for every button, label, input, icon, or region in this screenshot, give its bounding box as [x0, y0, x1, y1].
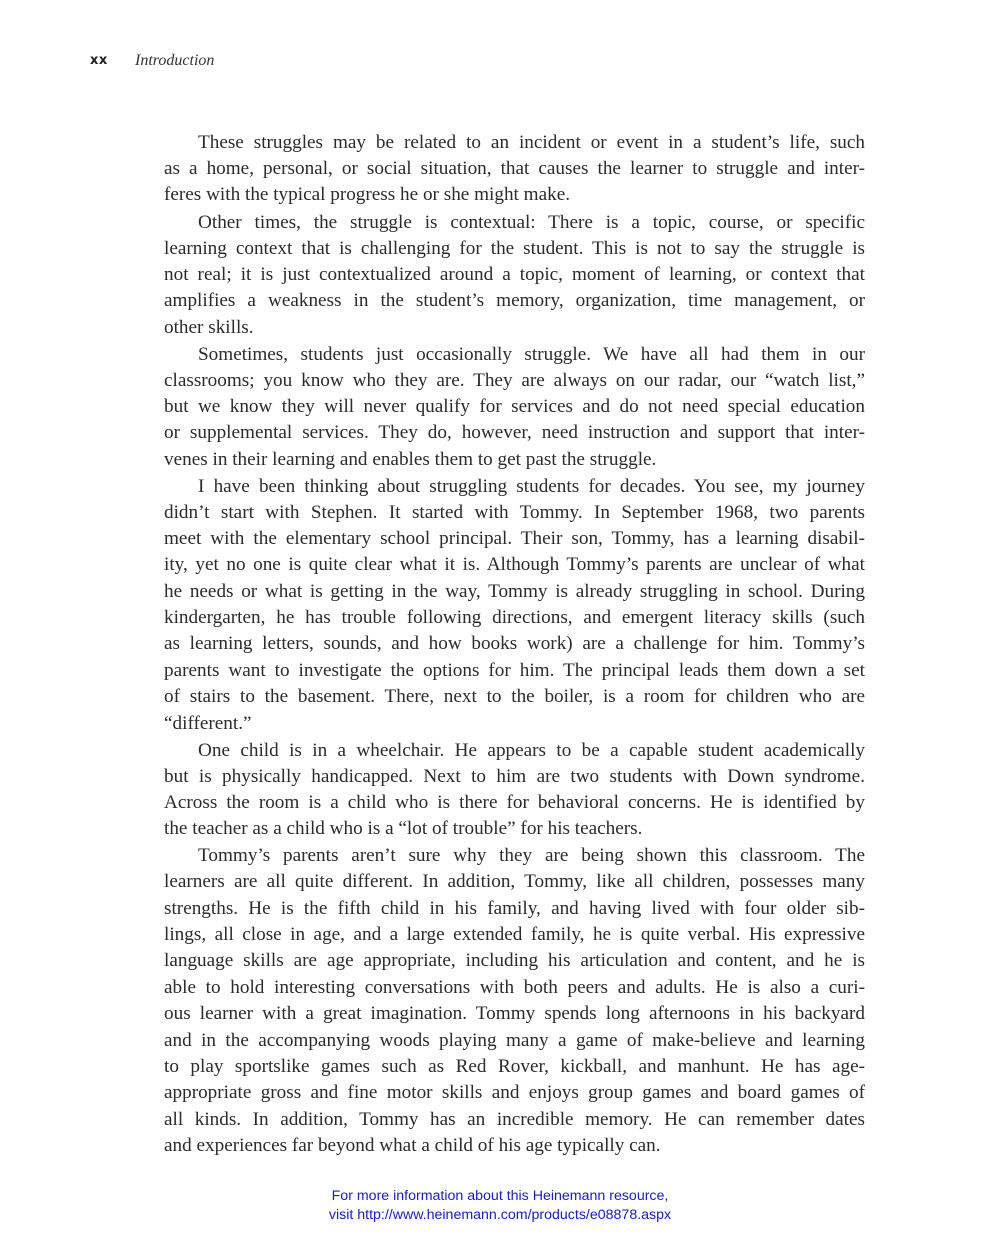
text-line: of stairs to the basement. There, next t…: [164, 684, 865, 710]
text-line: other skills.: [164, 315, 865, 341]
text-line: appropriate gross and fine motor skills …: [164, 1080, 865, 1106]
text-line: kindergarten, he has trouble following d…: [164, 605, 865, 631]
text-line: as learning letters, sounds, and how boo…: [164, 631, 865, 657]
section-title: Introduction: [135, 52, 214, 70]
text-line: One child is in a wheelchair. He appears…: [198, 738, 865, 764]
text-line: “different.”: [164, 711, 865, 737]
resource-footer-note: For more information about this Heineman…: [0, 1187, 1000, 1225]
text-line: Across the room is a child who is there …: [164, 790, 865, 816]
text-line: lings, all close in age, and a large ext…: [164, 922, 865, 948]
text-line: didn’t start with Stephen. It started wi…: [164, 500, 865, 526]
book-page: xx Introduction These struggles may be r…: [0, 0, 1000, 1255]
footer-line-info: For more information about this Heineman…: [0, 1187, 1000, 1206]
text-line: amplifies a weakness in the student’s me…: [164, 288, 865, 314]
footer-line-url[interactable]: visit http://www.heinemann.com/products/…: [0, 1206, 1000, 1225]
text-line: I have been thinking about struggling st…: [198, 474, 865, 500]
text-line: or supplemental services. They do, howev…: [164, 420, 865, 446]
text-line: and in the accompanying woods playing ma…: [164, 1028, 865, 1054]
text-line: meet with the elementary school principa…: [164, 526, 865, 552]
text-line: ity, yet no one is quite clear what it i…: [164, 552, 865, 578]
text-line: feres with the typical progress he or sh…: [164, 182, 865, 208]
text-line: he needs or what is getting in the way, …: [164, 579, 865, 605]
text-line: These struggles may be related to an inc…: [198, 130, 865, 156]
text-line: able to hold interesting conversations w…: [164, 975, 865, 1001]
text-line: parents want to investigate the options …: [164, 658, 865, 684]
page-number: xx: [90, 53, 108, 68]
text-line: Other times, the struggle is contextual:…: [198, 210, 865, 236]
text-line: classrooms; you know who they are. They …: [164, 368, 865, 394]
text-line: all kinds. In addition, Tommy has an inc…: [164, 1107, 865, 1133]
text-line: Tommy’s parents aren’t sure why they are…: [198, 843, 865, 869]
text-line: the teacher as a child who is a “lot of …: [164, 816, 865, 842]
text-line: learning context that is challenging for…: [164, 236, 865, 262]
text-line: but is physically handicapped. Next to h…: [164, 764, 865, 790]
text-line: not real; it is just contextualized arou…: [164, 262, 865, 288]
text-line: ous learner with a great imagination. To…: [164, 1001, 865, 1027]
text-line: language skills are age appropriate, inc…: [164, 948, 865, 974]
text-line: and experiences far beyond what a child …: [164, 1133, 865, 1159]
text-line: learners are all quite different. In add…: [164, 869, 865, 895]
text-line: Sometimes, students just occasionally st…: [198, 342, 865, 368]
text-line: but we know they will never qualify for …: [164, 394, 865, 420]
text-line: venes in their learning and enables them…: [164, 447, 865, 473]
text-line: strengths. He is the fifth child in his …: [164, 896, 865, 922]
text-line: to play sportslike games such as Red Rov…: [164, 1054, 865, 1080]
text-line: as a home, personal, or social situation…: [164, 156, 865, 182]
